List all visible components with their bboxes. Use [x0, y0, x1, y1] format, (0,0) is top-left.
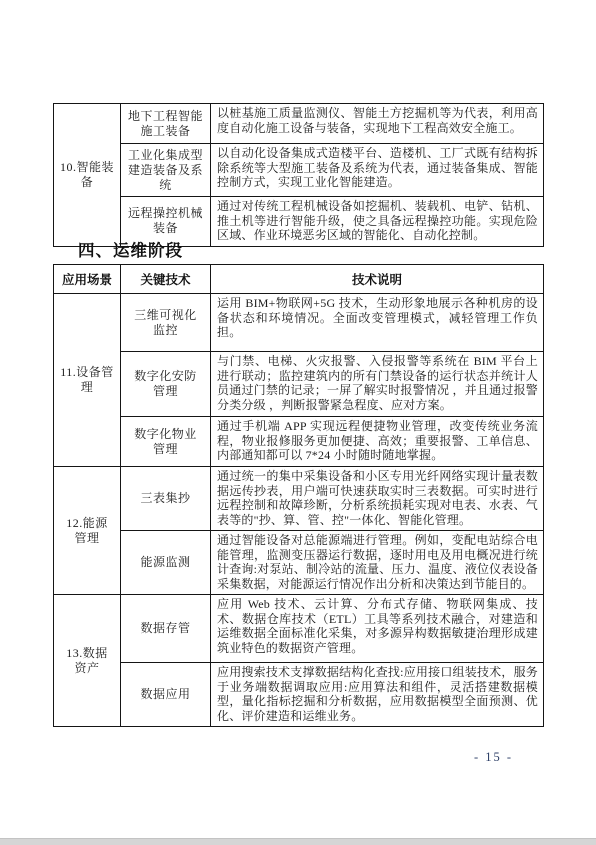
desc-cell: 通过智能设备对总能源端进行管理。例如，变配电站综合电能管理，监测变压器运行数据，…	[211, 531, 544, 595]
section-heading-operation-phase: 四、运维阶段	[78, 237, 183, 261]
page-bottom-edge	[0, 838, 596, 845]
desc-cell: 通过手机端 APP 实现远程便捷物业管理，改变传统业务流程，物业报修服务更加便捷…	[211, 417, 544, 467]
scenario-cell-smart-equipment: 10.智能装 备	[54, 104, 121, 247]
operation-phase-table-block: 应用场景 关键技术 技术说明 11.设备管 理 三维可视化 监控 运用 BIM+…	[53, 264, 544, 727]
tech-cell: 数据应用	[121, 663, 211, 727]
operation-phase-table: 应用场景 关键技术 技术说明 11.设备管 理 三维可视化 监控 运用 BIM+…	[53, 264, 544, 727]
header-tech: 关键技术	[121, 265, 211, 294]
desc-cell: 应用搜索技术支撑数据结构化查找:应用接口组装技术，服务于业务端数据调取应用:应用…	[211, 663, 544, 727]
table-row: 10.智能装 备 地下工程智能 施工装备 以桩基施工质量监测仪、智能土方挖掘机等…	[54, 104, 544, 144]
desc-cell: 应用 Web 技术、云计算、分布式存储、物联网集成、技术、数据仓库技术（ETL）…	[211, 595, 544, 663]
desc-cell: 通过对传统工程机械设备如挖掘机、装载机、电铲、钻机、推土机等进行智能升级，使之具…	[211, 197, 544, 247]
smart-equipment-table-block: 10.智能装 备 地下工程智能 施工装备 以桩基施工质量监测仪、智能土方挖掘机等…	[53, 103, 544, 247]
tech-cell: 三表集抄	[121, 467, 211, 531]
desc-cell: 运用 BIM+物联网+5G 技术，生动形象地展示各种机房的设备状态和环境情况。全…	[211, 294, 544, 352]
scenario-cell-energy-mgmt: 12.能源 管理	[54, 467, 121, 595]
desc-cell: 通过统一的集中采集设备和小区专用光纤网络实现计量表数据远传抄表，用户端可快速获取…	[211, 467, 544, 531]
tech-cell: 地下工程智能 施工装备	[121, 104, 211, 144]
table-row: 工业化集成型 建造装备及系 统 以自动化设备集成式造楼平台、造楼机、工厂式既有结…	[54, 144, 544, 197]
table-row: 数据应用 应用搜索技术支撑数据结构化查找:应用接口组装技术，服务于业务端数据调取…	[54, 663, 544, 727]
header-scenario: 应用场景	[54, 265, 121, 294]
table-row: 11.设备管 理 三维可视化 监控 运用 BIM+物联网+5G 技术，生动形象地…	[54, 294, 544, 352]
scenario-cell-data-asset: 13.数据 资产	[54, 595, 121, 727]
page-number: - 15 -	[474, 750, 513, 765]
table-row: 能源监测 通过智能设备对总能源端进行管理。例如，变配电站综合电能管理，监测变压器…	[54, 531, 544, 595]
tech-cell: 数字化物业 管理	[121, 417, 211, 467]
table-header-row: 应用场景 关键技术 技术说明	[54, 265, 544, 294]
table-row: 12.能源 管理 三表集抄 通过统一的集中采集设备和小区专用光纤网络实现计量表数…	[54, 467, 544, 531]
smart-equipment-table: 10.智能装 备 地下工程智能 施工装备 以桩基施工质量监测仪、智能土方挖掘机等…	[53, 103, 544, 247]
scenario-cell-equipment-mgmt: 11.设备管 理	[54, 294, 121, 467]
tech-cell: 数据存管	[121, 595, 211, 663]
table-row: 13.数据 资产 数据存管 应用 Web 技术、云计算、分布式存储、物联网集成、…	[54, 595, 544, 663]
desc-cell: 以自动化设备集成式造楼平台、造楼机、工厂式既有结构拆除系统等大型施工装备及系统为…	[211, 144, 544, 197]
tech-cell: 三维可视化 监控	[121, 294, 211, 352]
desc-cell: 与门禁、电梯、火灾报警、入侵报警等系统在 BIM 平台上进行联动；监控建筑内的所…	[211, 352, 544, 417]
tech-cell: 能源监测	[121, 531, 211, 595]
tech-cell: 工业化集成型 建造装备及系 统	[121, 144, 211, 197]
table-row: 数字化物业 管理 通过手机端 APP 实现远程便捷物业管理，改变传统业务流程，物…	[54, 417, 544, 467]
table-row: 数字化安防 管理 与门禁、电梯、火灾报警、入侵报警等系统在 BIM 平台上进行联…	[54, 352, 544, 417]
desc-cell: 以桩基施工质量监测仪、智能土方挖掘机等为代表，利用高度自动化施工设备与装备，实现…	[211, 104, 544, 144]
document-page: 10.智能装 备 地下工程智能 施工装备 以桩基施工质量监测仪、智能土方挖掘机等…	[0, 0, 596, 845]
tech-cell: 数字化安防 管理	[121, 352, 211, 417]
header-description: 技术说明	[211, 265, 544, 294]
